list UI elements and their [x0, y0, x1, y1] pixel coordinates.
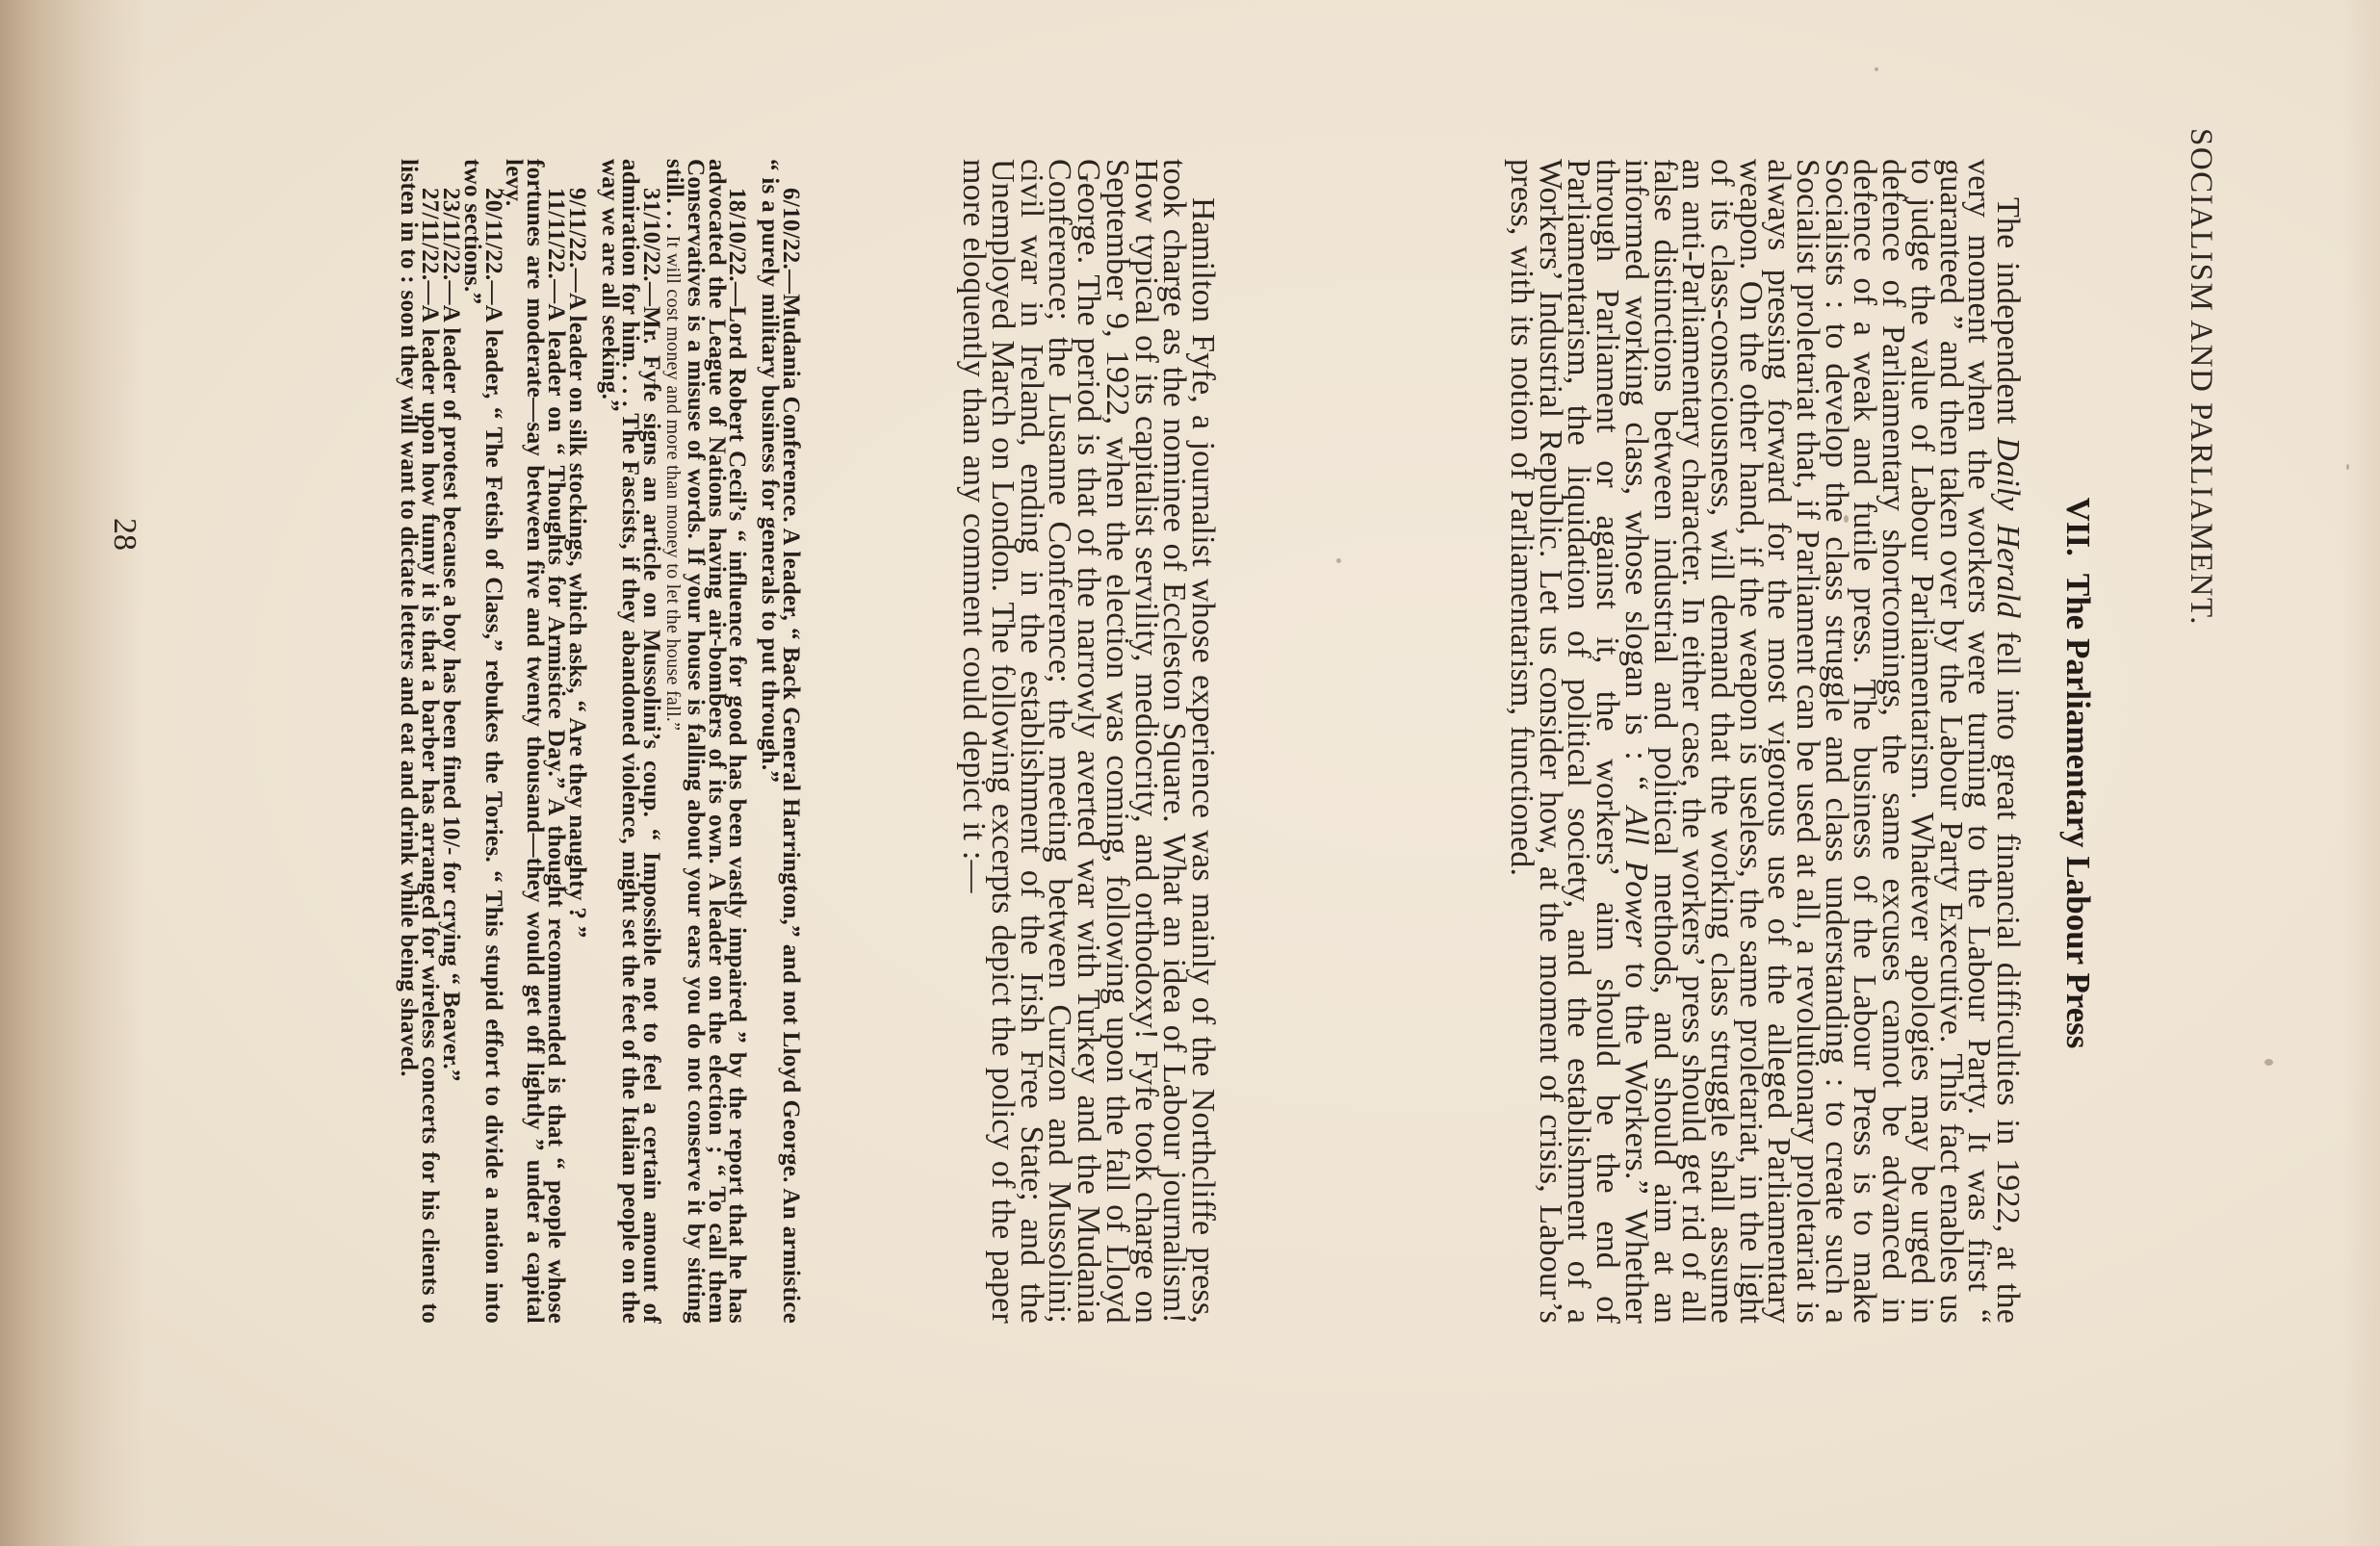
body-paragraph-2: Hamilton Fyfe, a journalist whose experi… [960, 159, 1217, 1324]
excerpt-text: —A leader upon how funny it is that a ba… [396, 159, 443, 1324]
excerpt-text: —A leader, “ The Fetish of Class,” rebuk… [459, 159, 506, 1324]
excerpt-entry: 6/10/22.—Mudania Conference. A leader, “… [759, 159, 801, 1324]
excerpt-entry: 31/10/22.—Mr. Fyfe signs an article on M… [599, 159, 661, 1324]
excerpt-entry: 11/11/22.—A leader on “ Thoughts for Arm… [504, 159, 566, 1324]
excerpt-entry: 9/11/22.—A leader on silk stockings, whi… [566, 159, 587, 1324]
excerpt-text: —Mudania Conference. A leader, “ Back Ge… [757, 159, 804, 1324]
excerpt-entry: 27/11/22.—A leader upon how funny it is … [399, 159, 441, 1324]
page-number: 28 [106, 518, 142, 551]
excerpt-entry: 20/11/22.—A leader, “ The Fetish of Clas… [461, 159, 504, 1324]
excerpt-text: —A leader on “ Thoughts for Armistice Da… [501, 159, 569, 1324]
excerpt-text: —Mr. Fyfe signs an article on Mussolini’… [597, 159, 665, 1324]
chapter-heading: VII.The Parliamentary Labour Press [2058, 0, 2097, 1546]
excerpts-list: 6/10/22.—Mudania Conference. A leader, “… [399, 159, 801, 1324]
excerpt-entry: 23/11/22.—A leader of protest because a … [440, 159, 461, 1324]
body-text: fell into great financial difficulties i… [1618, 159, 2026, 1324]
book-page: SOCIALISM AND PARLIAMENT. VII.The Parlia… [0, 0, 2380, 1546]
scanned-page: SOCIALISM AND PARLIAMENT. VII.The Parlia… [0, 0, 2380, 1546]
chapter-number: VII. [2059, 498, 2097, 556]
running-head: SOCIALISM AND PARLIAMENT. [2183, 128, 2218, 626]
body-text: Hamilton Fyfe, a journalist whose experi… [956, 159, 1221, 1324]
body-paragraph-1: The independent Daily Herald fell into g… [1507, 159, 2022, 1324]
chapter-title: The Parliamentary Labour Press [2059, 574, 2097, 1049]
excerpt-small-text: It will cost money and more than money t… [662, 236, 684, 732]
excerpt-entry: 18/10/22.—Lord Robert Cecil’s “ influenc… [661, 159, 747, 1324]
